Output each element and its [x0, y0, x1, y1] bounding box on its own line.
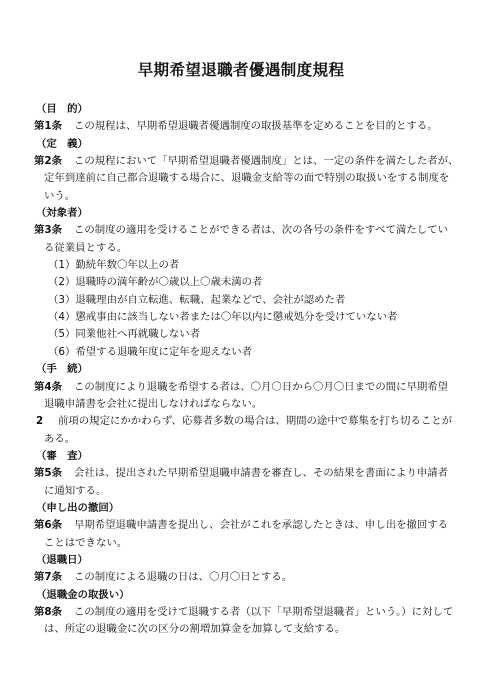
article-number: 第7条	[34, 569, 74, 586]
section-heading-withdrawal: （申し出の撤回）	[34, 500, 454, 517]
section-heading-severance: （退職金の取扱い）	[34, 587, 454, 604]
article-text: 早期希望退職申請書を提出し、会社がこれを承認したときは、申し出を撤回する	[74, 519, 448, 531]
article-8-continuation: は、所定の退職金に次の区分の割増加算金を加算して支給する。	[34, 621, 454, 638]
list-item: （1）勤続年数〇年以上の者	[34, 257, 454, 274]
article-text: この規程は、早期希望退職者優遇制度の取扱基準を定めることを目的とする。	[74, 120, 438, 132]
document-body: （目 的） 第1条この規程は、早期希望退職者優遇制度の取扱基準を定めることを目的…	[34, 101, 454, 639]
section-heading-purpose: （目 的）	[34, 101, 454, 118]
article-2-continuation: 定年到達前に自己都合退職する場合に、退職金支給等の面で特別の取扱いをする制度を	[34, 170, 454, 187]
article-text: 会社は、提出された早期希望退職申請書を審査し、その結果を書面により申請者	[74, 467, 448, 479]
article-4-continuation: ある。	[34, 431, 454, 448]
section-heading-definition: （定 義）	[34, 136, 454, 153]
article-number: 第4条	[34, 379, 74, 396]
list-item: （5）同業他社へ再就職しない者	[34, 326, 454, 343]
document-title: 早期希望退職者優遇制度規程	[0, 58, 482, 80]
list-item: （6）希望する退職年度に定年を迎えない者	[34, 344, 454, 361]
article-text: この制度による退職の日は、〇月〇日とする。	[74, 571, 292, 583]
section-heading-procedure: （手 続）	[34, 361, 454, 378]
article-3: 第3条この制度の適用を受けることができる者は、次の各号の条件をすべて満たしてい	[34, 222, 454, 239]
section-heading-review: （審 査）	[34, 448, 454, 465]
article-4-continuation: 退職申請書を会社に提出しなければならない。	[34, 396, 454, 413]
article-text: この規程において「早期希望退職者優遇制度」とは、一定の条件を満たした者が、	[74, 155, 458, 167]
article-number: 第8条	[34, 604, 74, 621]
article-number: 第2条	[34, 153, 74, 170]
article-6-continuation: ことはできない。	[34, 535, 454, 552]
article-number: 第6条	[34, 517, 74, 534]
article-3-continuation: る従業員とする。	[34, 240, 454, 257]
list-item: （4）懲戒事由に該当しない者または〇年以内に懲戒処分を受けていない者	[34, 309, 454, 326]
article-number: 第3条	[34, 222, 74, 239]
article-number: 第5条	[34, 465, 74, 482]
list-item: （2）退職時の満年齢が〇歳以上〇歳未満の者	[34, 274, 454, 291]
list-item: （3）退職理由が自立転進、転職、起業などで、会社が認めた者	[34, 292, 454, 309]
article-8: 第8条この制度の適用を受けて退職する者（以下「早期希望退職者」という。）に対して	[34, 604, 454, 621]
section-heading-eligible: （対象者）	[34, 205, 454, 222]
article-text: この制度により退職を希望する者は、〇月〇日から〇月〇日までの間に早期希望	[74, 381, 448, 393]
article-text: この制度の適用を受けて退職する者（以下「早期希望退職者」という。）に対して	[74, 606, 453, 618]
article-number: 第1条	[34, 118, 74, 135]
article-2-continuation: いう。	[34, 188, 454, 205]
paragraph-number: 2	[36, 413, 58, 430]
article-1: 第1条この規程は、早期希望退職者優遇制度の取扱基準を定めることを目的とする。	[34, 118, 454, 135]
article-5: 第5条会社は、提出された早期希望退職申請書を審査し、その結果を書面により申請者	[34, 465, 454, 482]
article-4: 第4条この制度により退職を希望する者は、〇月〇日から〇月〇日までの間に早期希望	[34, 379, 454, 396]
article-2: 第2条この規程において「早期希望退職者優遇制度」とは、一定の条件を満たした者が、	[34, 153, 454, 170]
article-6: 第6条早期希望退職申請書を提出し、会社がこれを承認したときは、申し出を撤回する	[34, 517, 454, 534]
article-5-continuation: に通知する。	[34, 483, 454, 500]
article-7: 第7条この制度による退職の日は、〇月〇日とする。	[34, 569, 454, 586]
document-page: 早期希望退職者優遇制度規程 （目 的） 第1条この規程は、早期希望退職者優遇制度…	[0, 0, 482, 691]
article-4-paragraph-2: 2前項の規定にかかわらず、応募者多数の場合は、期間の途中で募集を打ち切ることが	[34, 413, 454, 430]
paragraph-text: 前項の規定にかかわらず、応募者多数の場合は、期間の途中で募集を打ち切ることが	[58, 415, 452, 427]
section-heading-retirement-date: （退職日）	[34, 552, 454, 569]
article-text: この制度の適用を受けることができる者は、次の各号の条件をすべて満たしてい	[74, 224, 448, 236]
